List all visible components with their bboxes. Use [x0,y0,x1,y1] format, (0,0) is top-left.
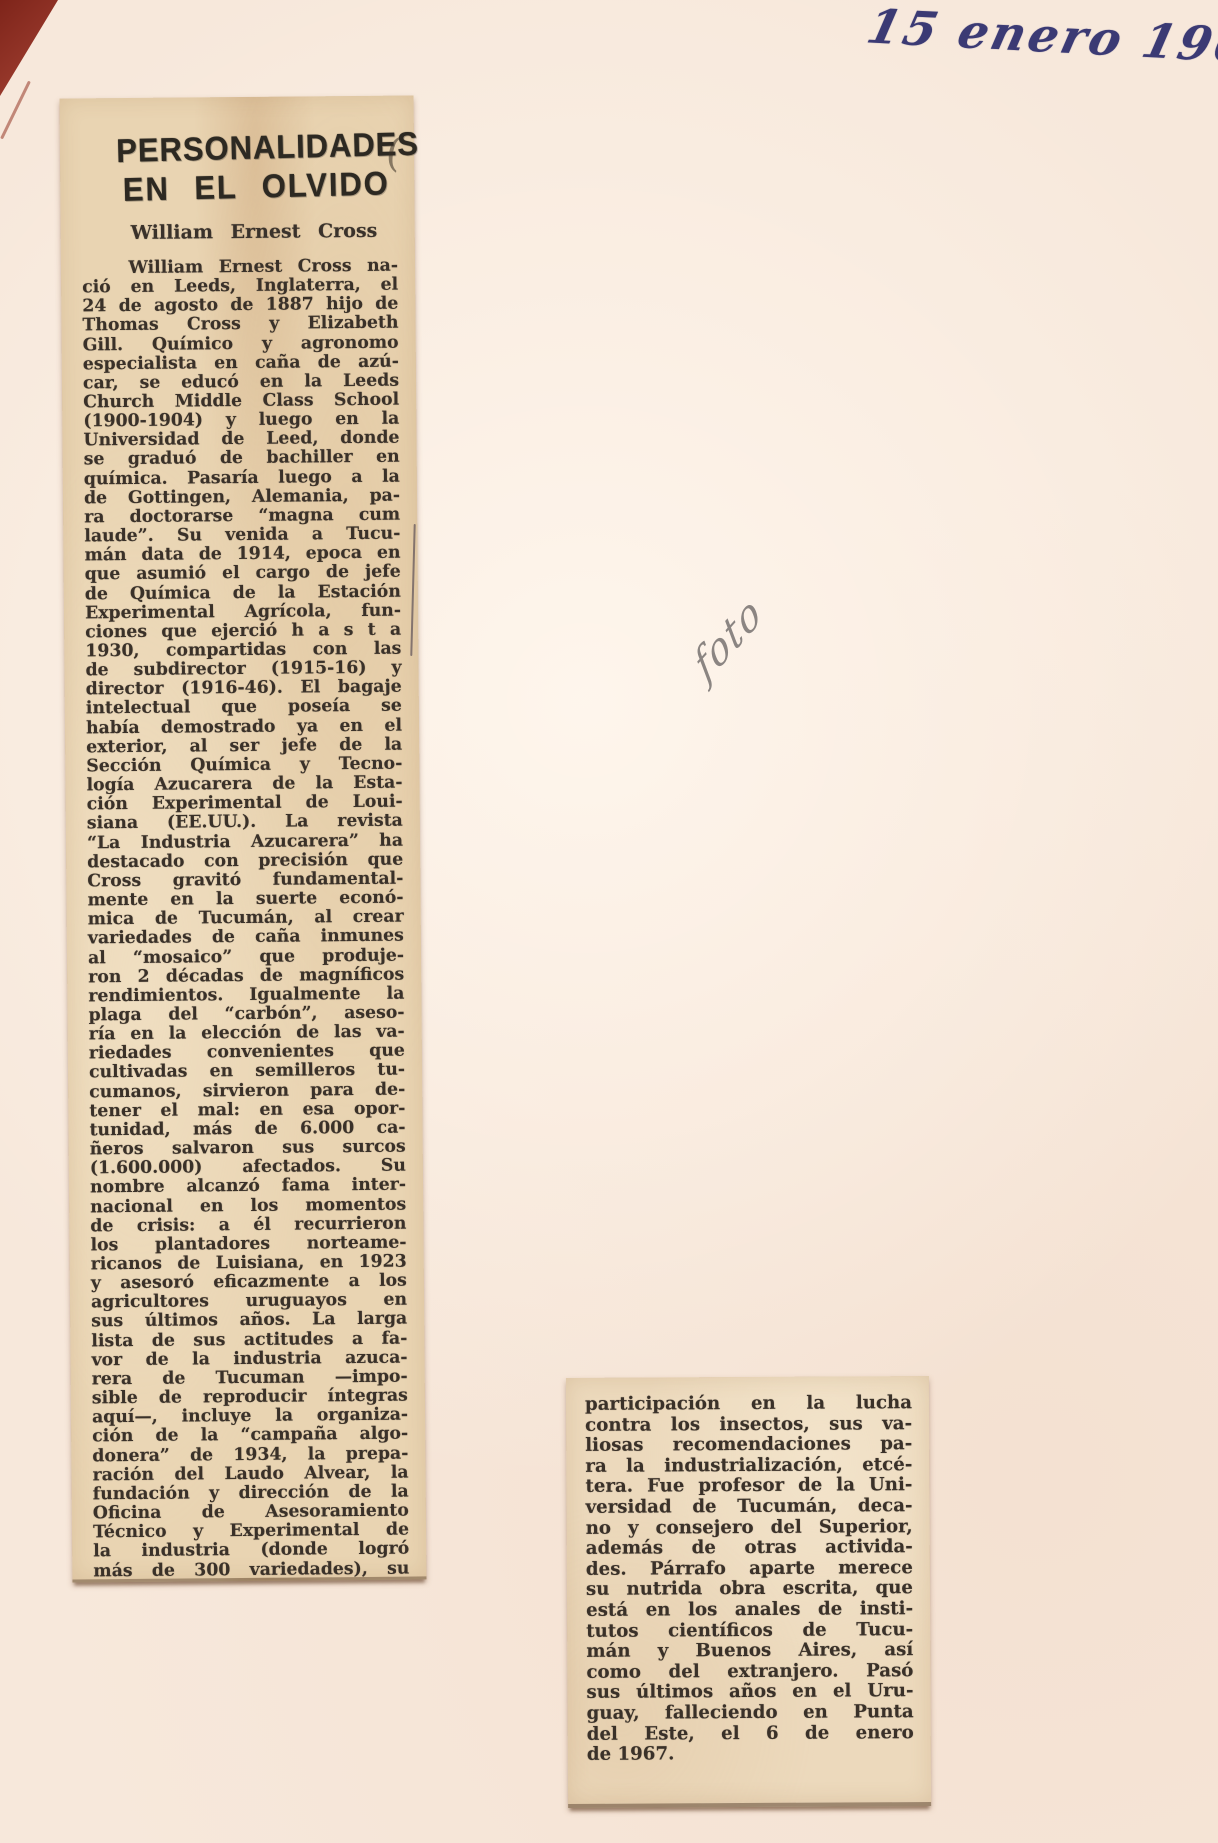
newspaper-clipping-continuation: participación en la luchacontra los inse… [566,1376,931,1808]
article-line: mán y Buenos Aires, así [586,1640,913,1662]
article-line: guay, falleciendo en Punta [587,1702,914,1724]
article-line: más de 300 variedades), su [93,1559,409,1581]
article-line: del Este, el 6 de enero [587,1723,914,1745]
red-corner-streak [0,81,31,140]
article-line: además de otras activida- [586,1537,913,1559]
article-body: William Ernest Cross na-ció en Leeds, In… [82,257,410,1581]
headline-line-1: PERSONALIDADES [116,125,391,171]
article-continuation-body: participación en la luchacontra los inse… [585,1393,914,1765]
handwritten-note-foto: foto [687,546,805,692]
article-line: de 1967. [587,1743,914,1765]
scanned-scrapbook-page: 15 enero 1968 foto PERSONALIDADES EN EL … [0,0,1218,1843]
handwritten-date: 15 enero 1968 [862,0,1204,71]
article-byline: William Ernest Cross [131,219,415,243]
article-line: liosas recomendaciones pa- [585,1434,912,1456]
newspaper-clipping-main: PERSONALIDADES EN EL OLVIDO William Erne… [60,95,427,1582]
article-line: está en los anales de insti- [586,1599,913,1621]
article-headline: PERSONALIDADES EN EL OLVIDO [116,125,392,210]
article-line: versidad de Tucumán, deca- [586,1496,913,1518]
headline-line-2: EN EL OLVIDO [122,164,392,209]
article-line: participación en la lucha [585,1393,912,1415]
